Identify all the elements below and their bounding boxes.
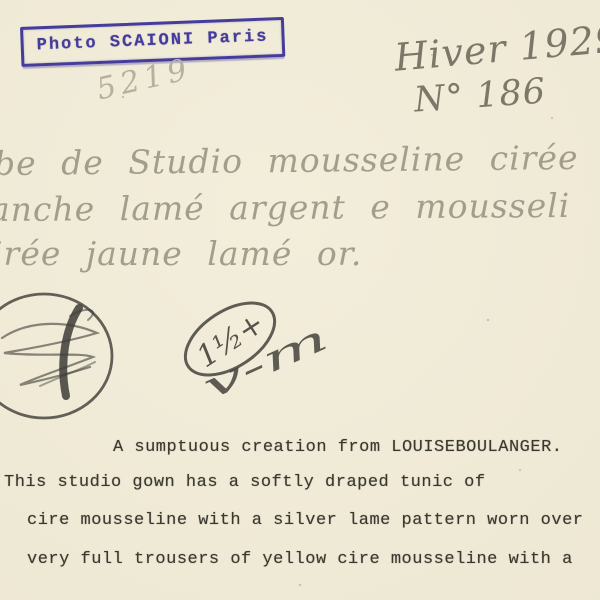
- photo-verso-document: Photo SCAIONI Paris 5219 Hiver 1929 N° 1…: [0, 0, 600, 600]
- archive-number-annotation: N° 186: [413, 71, 548, 120]
- pencil-scribble-circle: [0, 294, 112, 418]
- photographer-stamp: Photo SCAIONI Paris: [20, 17, 285, 67]
- french-note-line-2: anche lamé argent e mousseli: [0, 186, 570, 229]
- typed-caption-line-4: very full trousers of yellow cire mousse…: [27, 550, 573, 569]
- french-note-line-3: irée jaune lamé or.: [0, 234, 362, 273]
- french-note-line-1: be de Studio mousseline cirée: [0, 138, 579, 183]
- typed-caption-line-3: cire mousseline with a silver lame patte…: [27, 511, 584, 530]
- grade-note: 1½+: [191, 306, 272, 375]
- paper-texture: [0, 0, 600, 600]
- season-annotation: Hiver 1929: [393, 16, 600, 80]
- pencil-grade-oval: 1½+: [173, 288, 287, 389]
- typed-caption-line-1: A sumptuous creation from LOUISEBOULANGE…: [113, 438, 562, 457]
- pencil-marks-layer: 1½+ v-m: [0, 0, 600, 600]
- initials-note: v-m: [197, 317, 334, 408]
- photographer-stamp-label: Photo SCAIONI Paris: [36, 27, 268, 55]
- typed-caption-line-2: This studio gown has a softly draped tun…: [4, 473, 486, 492]
